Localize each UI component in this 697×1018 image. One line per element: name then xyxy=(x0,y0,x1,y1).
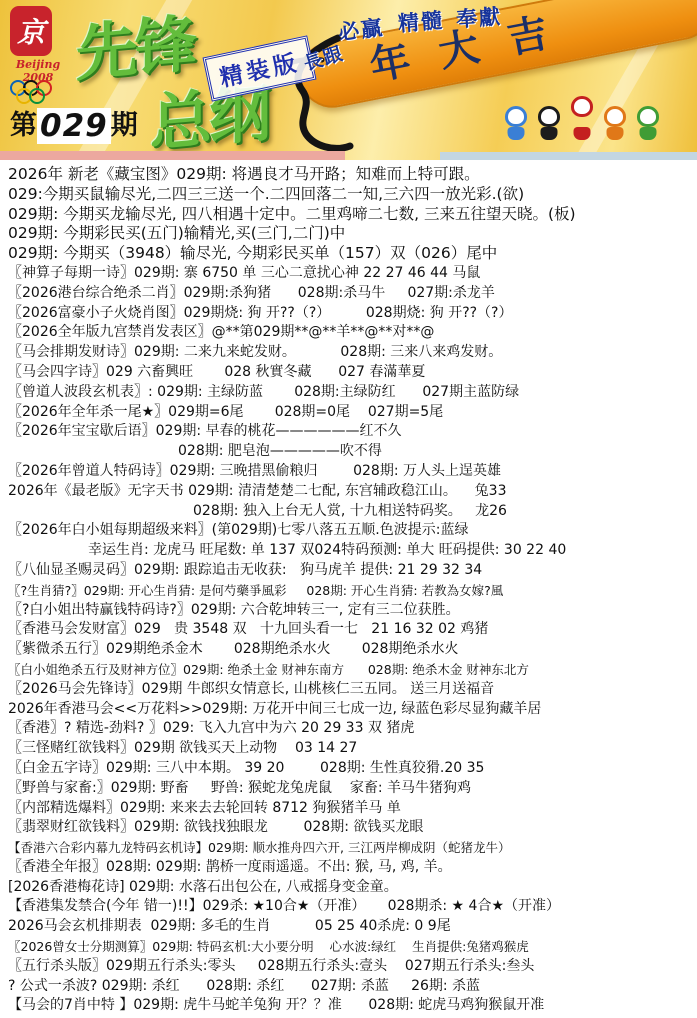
mascot-yingying-icon xyxy=(603,106,627,140)
slogan-biying: 必贏 xyxy=(336,11,385,46)
text-line: 〖八仙显圣赐灵码〗029期: 跟踪追击无收获: 狗马虎羊 提供: 21 29 3… xyxy=(8,561,697,581)
text-line: 〖香港马会发财富〗029 贵 3548 双 十九回头看一七 21 16 32 0… xyxy=(8,620,697,640)
text-line: 〖马会四字诗〗029 六畜興旺 028 秋實冬藏 027 春滿華夏 xyxy=(8,363,697,383)
issue-value: 029 xyxy=(37,108,111,144)
text-line: 〖香港全年报〗028期: 029期: 鹊桥一度雨遥遥。不出: 猴, 马, 鸡, … xyxy=(8,858,697,878)
text-line: 〖2026全年版九宫禁肖发表区〗@**第029期**@**羊**@**对**@ xyxy=(8,323,697,343)
issue-number: 第029期 xyxy=(10,103,138,144)
issue-suffix: 期 xyxy=(111,110,138,141)
text-line: 〖2026年全年杀一尾★〗029期=6尾 028期=0尾 027期=5尾 xyxy=(8,403,697,423)
text-line: 028期: 肥皂泡—————吹不得 xyxy=(8,442,697,462)
text-line: 029:今期买鼠输尽光,二四三三送一个.二四回落二一知,三六四一放光彩.(欲) xyxy=(8,185,697,205)
text-line: 〖香港〗? 精选-劲料? 〗029: 飞入九宫中为六 20 29 33 双 猪虎 xyxy=(8,719,697,739)
pink-strip xyxy=(0,151,345,160)
slogan-fengxian: 奉獻 xyxy=(455,0,503,33)
text-line: 〖三怪赌红欲钱料〗029期 欲钱买天上动物 03 14 27 xyxy=(8,739,697,759)
mascot-beibei-icon xyxy=(504,106,528,140)
content-lines: 2026年 新老《藏宝图》029期: 将遇良才马开路；知难而上特可跟。029:今… xyxy=(0,160,697,1016)
text-line: [2026香港梅花诗] 029期: 水落石出包公在, 八戒摇身变金童。 xyxy=(8,878,697,898)
text-line: 〖白金五字诗〗029期: 三八中本期。 39 20 028期: 生性真狡猾.20… xyxy=(8,759,697,779)
fuwa-mascots xyxy=(504,96,660,140)
text-line: 〖神算子每期一诗〗029期: 寨 6750 单 三心二意扰心神 22 27 46… xyxy=(8,264,697,284)
text-line: 〖翡翠财红欲钱料〗029期: 欲钱找独眼龙 028期: 欲钱买龙眼 xyxy=(8,818,697,838)
text-line: 2026马会玄机排期表 029期: 多毛的生肖 05 25 40杀虎: 0 9尾 xyxy=(8,917,697,937)
text-line: 〖2026年宝宝歇后语〗029期: 早春的桃花——————红不久 xyxy=(8,422,697,442)
text-line: 〖内部精选爆料〗029期: 来来去去轮回转 8712 狗猴猪羊马 单 xyxy=(8,799,697,819)
text-line: 【马会的7肖中特 】029期: 虎牛马蛇羊兔狗 开？？准 028期: 蛇虎马鸡狗… xyxy=(8,996,697,1016)
text-line: 〖2026年白小姐每期超级来料〗(第029期)七零八落五五顺.色波提示:蓝绿 xyxy=(8,521,697,541)
slogan-jingsui: 精髓 xyxy=(397,4,445,38)
text-line: 〖马会排期发财诗〗029期: 二来九来蛇发财。 028期: 三来八来鸡发财。 xyxy=(8,343,697,363)
text-line: 029期: 今期买龙输尽光, 四八相遇十定中。二里鸡啼二七数, 三来五往望天晓。… xyxy=(8,205,697,225)
page-title-part1: 先锋 xyxy=(76,13,194,85)
text-line: 〖五行杀头版〗029期五行杀头:零头 028期五行杀头:壹头 027期五行杀头:… xyxy=(8,957,697,977)
mascot-jingjing-icon xyxy=(537,106,561,140)
blue-strip xyxy=(440,152,697,160)
page-title-part2: 总纲 xyxy=(150,83,268,155)
text-line: 〖2026年曾道人特码诗〗029期: 三晚措黑偷粮归 028期: 万人头上逞英雄 xyxy=(8,462,697,482)
mascot-nini-icon xyxy=(636,106,660,140)
text-line: 〖2026富豪小子火烧肖图〗029期烧: 狗 开??（?） 028期烧: 狗 开… xyxy=(8,304,697,324)
mascot-huanhuan-icon xyxy=(570,96,594,140)
issue-prefix: 第 xyxy=(10,110,37,141)
text-line: 〖?生肖猜?〗029期: 开心生肖猜: 是何芍藥爭風彩 028期: 开心生肖猜:… xyxy=(8,581,697,601)
text-line: 〖野兽与家畜:〗029期: 野畜 野兽: 猴蛇龙兔虎鼠 家畜: 羊马牛猪狗鸡 xyxy=(8,779,697,799)
text-line: 2026年《最老版》无字天书 029期: 清清楚楚二七配, 东宫辅政稳江山。 兔… xyxy=(8,482,697,502)
text-line: 〖紫微杀五行〗029期绝杀金木 028期绝杀水火 028期绝杀水火 xyxy=(8,640,697,660)
masthead: 京 Beijing 2008 第029期 年大吉 先锋 总纲 精装版 必贏 精髓… xyxy=(0,0,697,160)
text-line: 【香港集发禁合(今年 错一)!!】029杀: ★10合★（开准） 028期杀: … xyxy=(8,897,697,917)
text-line: 029期: 今期彩民买(五门)输精光,买(三门,二门)中 xyxy=(8,224,697,244)
text-line: 2026年 新老《藏宝图》029期: 将遇良才马开路；知难而上特可跟。 xyxy=(8,165,697,185)
text-line: 〖白小姐绝杀五行及财神方位〗029期: 绝杀土金 财神东南方 028期: 绝杀木… xyxy=(8,660,697,680)
text-line: 【香港六合彩内幕九龙特码玄机诗】029期: 顺水推舟四六开, 三江两岸柳成阴（蛇… xyxy=(8,838,697,858)
text-line: 〖?白小姐出特赢钱特码诗?〗029期: 六合乾坤转三一, 定有三二位获胜。 xyxy=(8,601,697,621)
text-line: 028期: 独入上台无人赏, 十九相送特码奖。 龙26 xyxy=(8,502,697,522)
page: 京 Beijing 2008 第029期 年大吉 先锋 总纲 精装版 必贏 精髓… xyxy=(0,0,697,1018)
text-line: 幸运生肖: 龙虎马 旺尾数: 单 137 双024特码预测: 单大 旺码提供: … xyxy=(8,541,697,561)
text-line: 〖2026马会先锋诗〗029期 牛郎织女情意长, 山桃核仁三五同。 送三月送福音 xyxy=(8,680,697,700)
text-line: 〖2026曾女士分期测算〗029期: 特码玄机:大小要分明 心水波:绿红 生肖提… xyxy=(8,937,697,957)
text-line: 2026年香港马会<<万花料>>029期: 万花开中间三七成一边, 绿蓝色彩尽显… xyxy=(8,700,697,720)
text-line: ? 公式一杀波? 029期: 杀红 028期: 杀红 027期: 杀蓝 26期:… xyxy=(8,977,697,997)
text-line: 029期: 今期买（3948）输尽光, 今期彩民买单（157）双（026）尾中 xyxy=(8,244,697,264)
text-line: 〖曾道人波段玄机表〗: 029期: 主绿防蓝 028期:主绿防红 027期主蓝防… xyxy=(8,383,697,403)
beijing-2008-emblem-icon: 京 xyxy=(10,6,52,56)
text-line: 〖2026港台综合绝杀二肖〗029期:杀狗猪 028期:杀马牛 027期:杀龙羊 xyxy=(8,284,697,304)
